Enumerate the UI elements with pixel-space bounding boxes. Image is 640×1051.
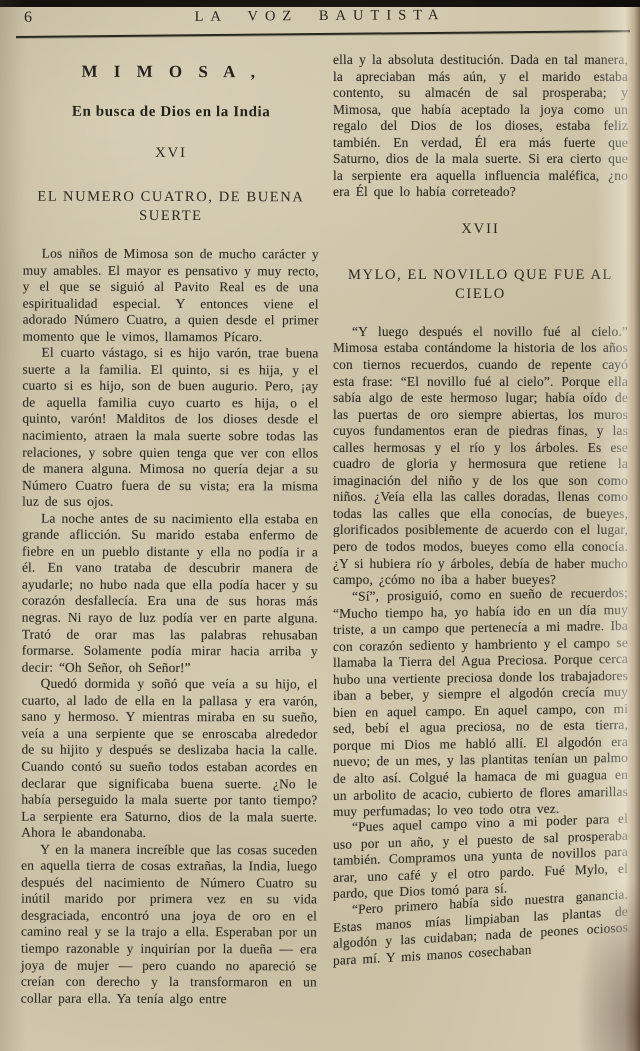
story-title: M I M O S A , xyxy=(23,62,319,83)
chapter-number-xvi: XVI xyxy=(23,145,319,163)
right-column: ella y la absoluta destitución. Dada en … xyxy=(333,46,628,1051)
paragraph: Quedó dormida y soñó que veía a su hijo,… xyxy=(21,676,317,842)
paragraph: La noche antes de su nacimiento ella est… xyxy=(22,510,318,676)
two-column-text: M I M O S A , En busca de Dios en la Ind… xyxy=(22,46,628,1051)
header-rule xyxy=(16,30,630,38)
right-column-body-top: ella y la absoluta destitución. Dada en … xyxy=(333,52,628,201)
right-column-body: “Y luego después el novillo fué al cielo… xyxy=(333,324,628,969)
page-header: 6 LA VOZ BAUTISTA xyxy=(0,0,640,25)
scanned-magazine-page: 6 LA VOZ BAUTISTA M I M O S A , En busca… xyxy=(0,0,640,1051)
paragraph: “Y luego después el novillo fué al cielo… xyxy=(333,324,628,589)
chapter-title-xvi: EL NUMERO CUATRO, DE BUENA SUERTE xyxy=(23,188,319,227)
paragraph: Y en la manera increíble que las cosas s… xyxy=(21,841,317,1007)
masthead-title: LA VOZ BAUTISTA xyxy=(0,6,640,27)
paragraph: El cuarto vástago, si es hijo varón, tra… xyxy=(22,345,318,511)
chapter-number-xvii: XVII xyxy=(333,221,628,238)
paragraph: ella y la absoluta destitución. Dada en … xyxy=(333,52,628,201)
chapter-title-xvii: MYLO, EL NOVILLO QUE FUE AL CIELO xyxy=(333,266,628,304)
story-subtitle: En busca de Dios en la India xyxy=(23,104,319,122)
paragraph: “Sí”, prosiguió, como en sueño de recuer… xyxy=(333,585,628,821)
left-column: M I M O S A , En busca de Dios en la Ind… xyxy=(21,46,320,1051)
paragraph: Los niños de Mimosa son de mucho carácte… xyxy=(23,246,319,346)
left-column-body: Los niños de Mimosa son de mucho carácte… xyxy=(21,246,319,1008)
